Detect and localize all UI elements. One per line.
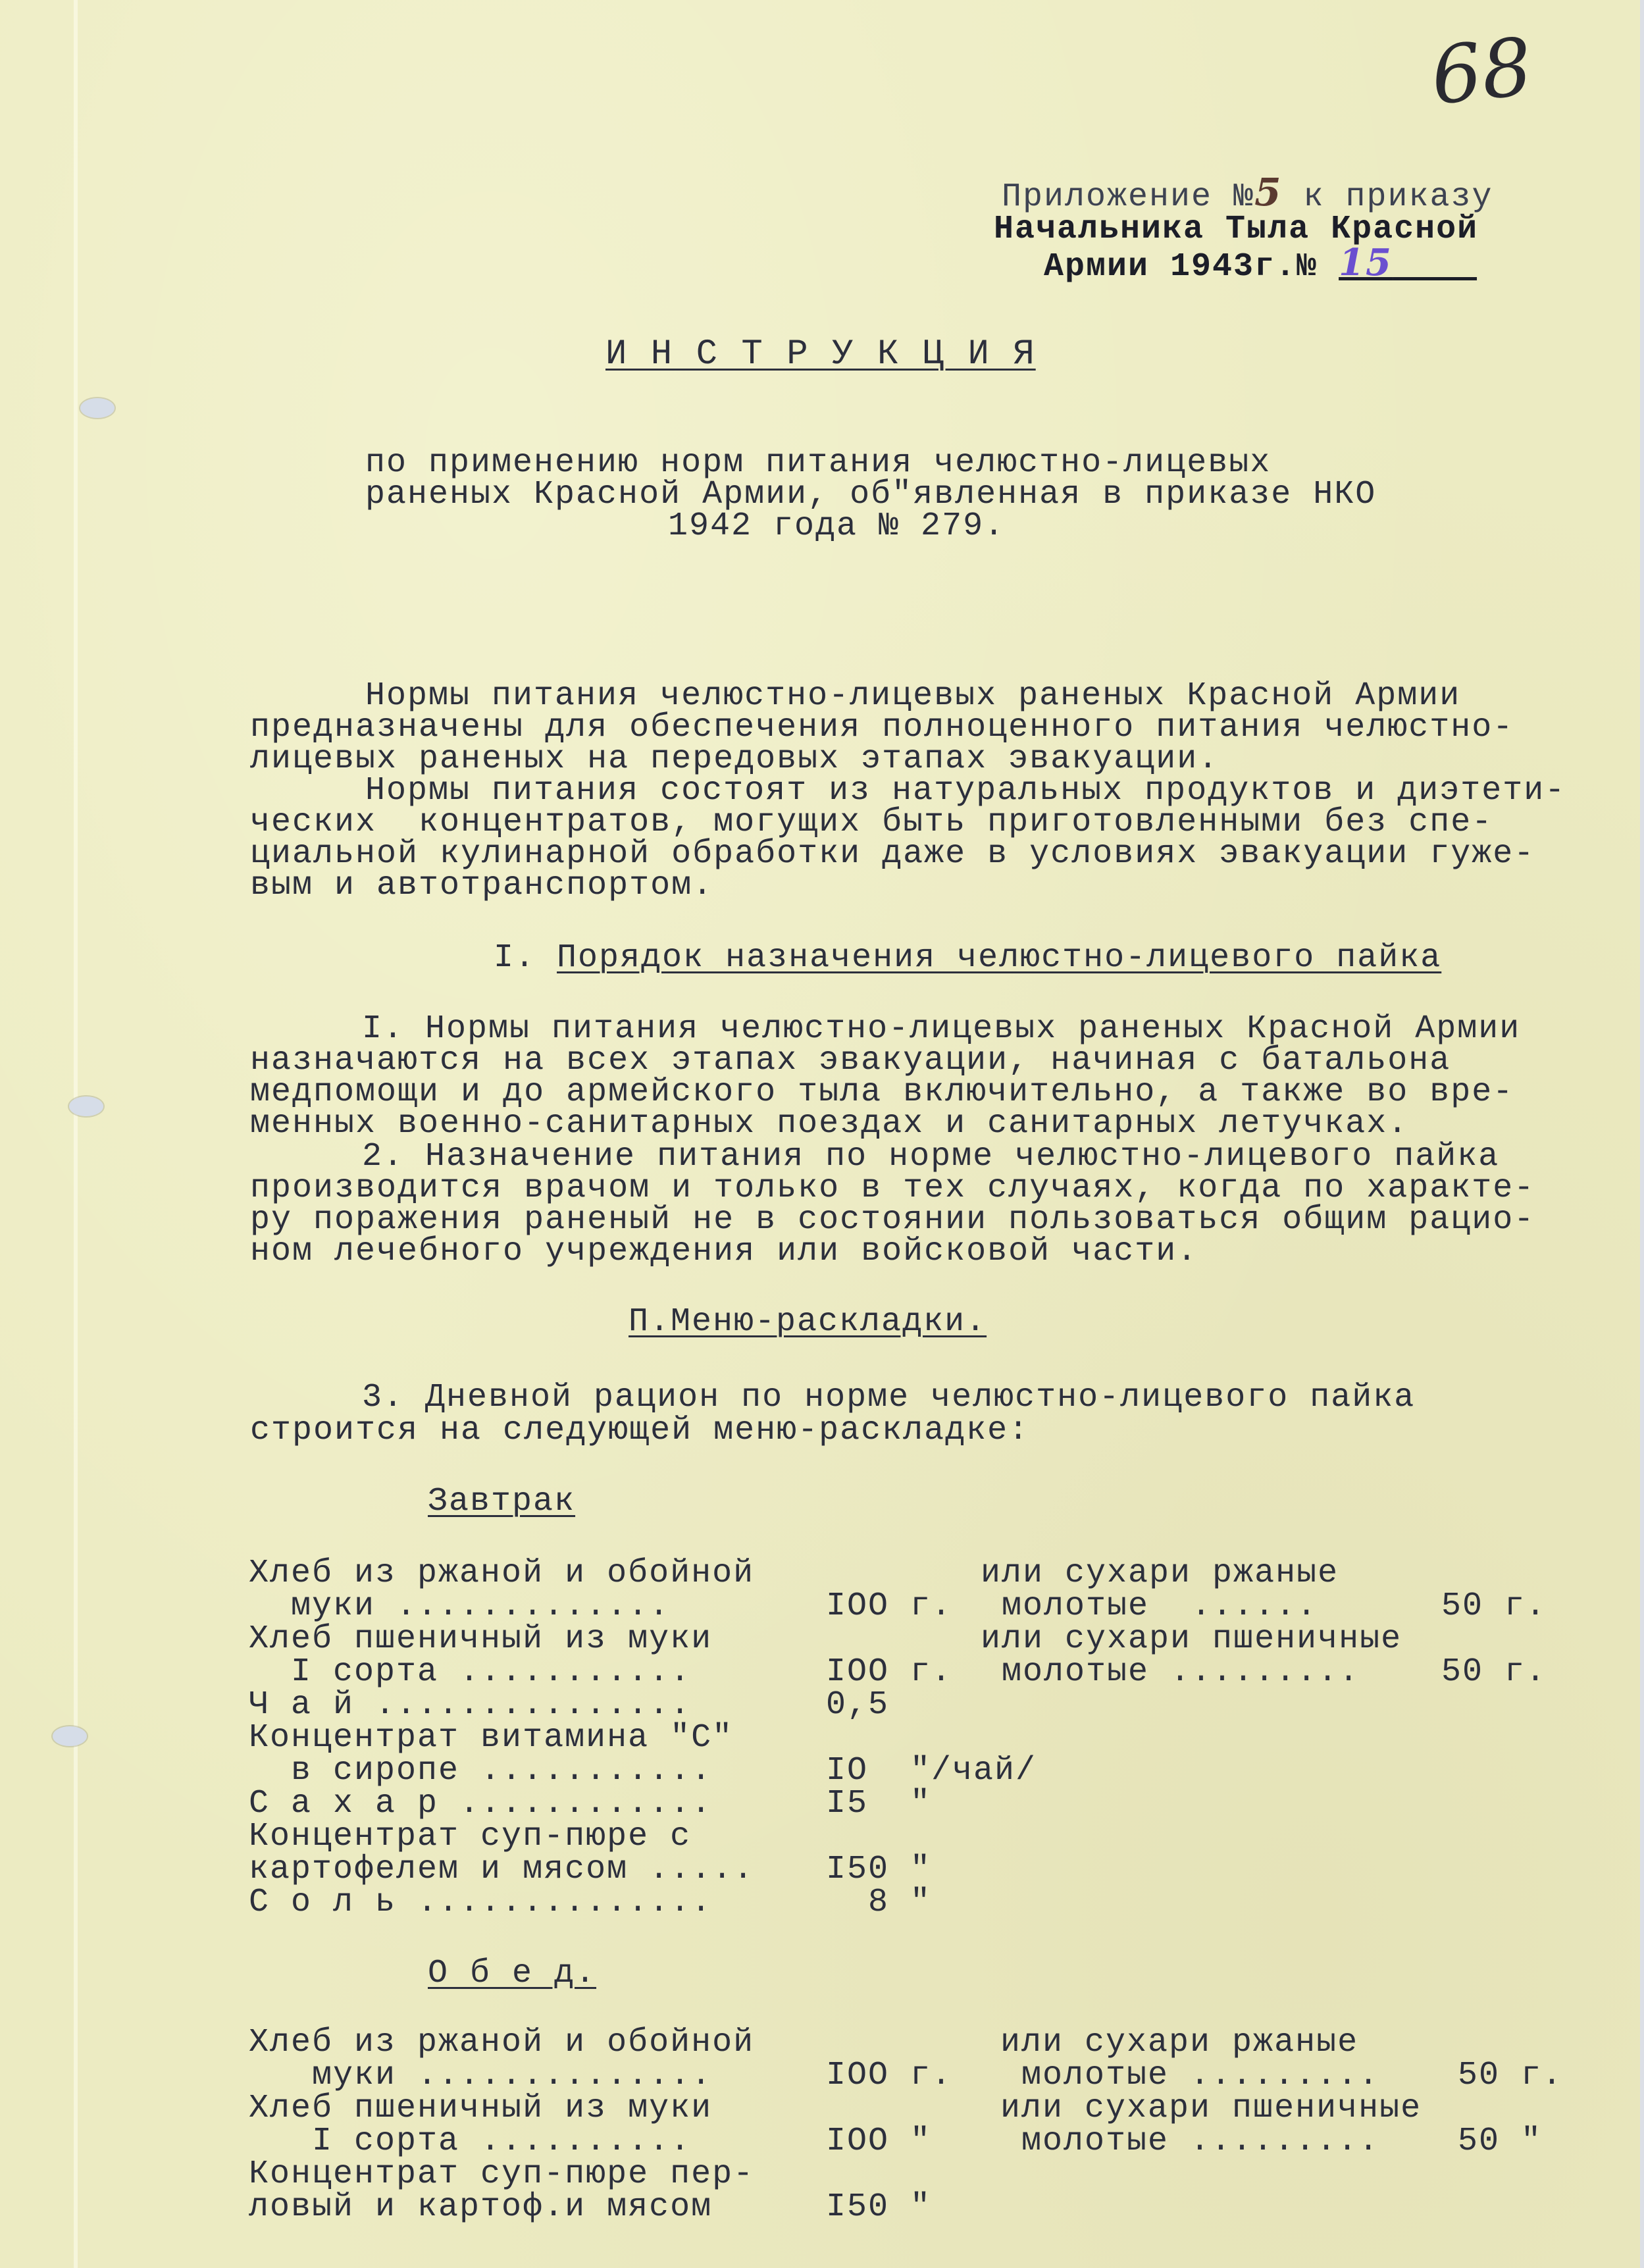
menu-item-quantity: IOO г. [826,1587,952,1625]
subtitle-line-1: по применению норм питания челюстно-лице… [365,448,1271,479]
paper-fold [74,0,78,2268]
menu-item-name: I сорта ........... [249,1653,691,1691]
menu-item-name: муки ............. [249,1587,670,1625]
breakfast-heading: Завтрак [428,1486,575,1518]
paragraph-line: ном лечебного учреждения или войсковой ч… [250,1236,1198,1268]
intro-line: ческих концентратов, могущих быть пригот… [250,807,1493,838]
menu-item-name: С о л ь .............. [249,1884,712,1921]
intro-line: предназначены для обеспечения полноценно… [250,712,1514,744]
menu-item-quantity: I5 " [826,1785,931,1822]
menu-item-alternative: или сухари пшеничные [1000,2090,1422,2127]
menu-item-alternative-quantity: 50 " [1458,2123,1542,2160]
menu-item-quantity: IOO г. [826,1653,952,1691]
menu-item-quantity: IOO " [826,2123,931,2160]
menu-item-name: ловый и картоф.и мясом [249,2188,712,2226]
menu-item-name: Ч а й ............... [249,1686,691,1724]
menu-item-alternative-quantity: 50 г. [1441,1587,1547,1625]
section-1-number: I. [494,939,536,977]
section-1-heading: I. Порядок назначения челюстно-лицевого … [494,942,1441,974]
intro-line: лицевых раненых на передовых этапах эвак… [250,744,1219,775]
menu-item-name: муки .............. [249,2057,712,2094]
menu-item-name: I сорта .......... [249,2123,691,2160]
punch-hole-icon [80,398,115,418]
paragraph-line: 2. Назначение питания по норме челюстно-… [362,1141,1499,1173]
menu-item-quantity: I50 " [826,1851,931,1888]
menu-item-name: Концентрат витамина "С" [249,1719,733,1757]
punch-hole-icon [69,1096,103,1116]
document-title: И Н С Т Р У К Ц И Я [605,339,1036,371]
menu-item-alternative: молотые ...... [981,1587,1318,1625]
menu-item-quantity: IO "/чай/ [826,1752,1037,1790]
menu-item-name: Концентрат суп-пюре пер- [249,2155,754,2193]
menu-item-name: Концентрат суп-пюре с [249,1818,691,1855]
paragraph-line: ру поражения раненый не в состоянии поль… [250,1204,1535,1236]
menu-item-alternative-quantity: 50 г. [1458,2057,1563,2094]
paragraph-line: медпомощи и до армейского тыла включител… [250,1077,1514,1108]
menu-item-name: Хлеб из ржаной и обойной [249,2024,754,2061]
menu-item-alternative: или сухари ржаные [1000,2024,1358,2061]
menu-item-name: картофелем и мясом ..... [249,1851,754,1888]
menu-item-quantity: 8 " [826,1884,931,1921]
menu-item-alternative: или сухари пшеничные [981,1620,1402,1658]
menu-item-alternative: молотые ......... [981,1653,1360,1691]
header-line-3: Армии 1943г.№ 15 [1044,247,1477,283]
menu-item-name: Хлеб пшеничный из муки [249,1620,712,1658]
subtitle-line-3: 1942 года № 279. [668,511,1005,542]
paragraph-line: I. Нормы питания челюстно-лицевых ранены… [362,1014,1520,1045]
menu-item-alternative: молотые ......... [1000,2057,1379,2094]
intro-line: Нормы питания состоят из натуральных про… [365,775,1566,807]
paragraph-line: строится на следующей меню-раскладке: [250,1415,1029,1447]
intro-line: вым и автотранспортом. [250,870,713,902]
punch-hole-icon [53,1726,87,1746]
intro-line: циальной кулинарной обработки даже в усл… [250,838,1535,870]
handwritten-order-number: 15 [1339,241,1393,284]
menu-item-alternative: или сухари ржаные [981,1555,1339,1592]
menu-item-name: Хлеб пшеничный из муки [249,2090,712,2127]
subtitle-line-2: раненых Красной Армии, об"явленная в при… [365,479,1376,511]
lunch-heading: О б е д. [428,1958,596,1990]
section-1-title: Порядок назначения челюстно-лицевого пай… [557,939,1441,977]
header-line-2: Начальника Тыла Красной [994,214,1478,245]
menu-item-name: С а х а р ............ [249,1785,712,1822]
paragraph-line: производится врачом и только в тех случа… [250,1173,1535,1204]
menu-item-name: в сиропе ........... [249,1752,712,1790]
header-line-1: Приложение №5 к приказу [1002,176,1493,213]
paragraph-line: 3. Дневной рацион по норме челюстно-лице… [362,1382,1415,1414]
menu-item-alternative: молотые ......... [1000,2123,1379,2160]
menu-item-quantity: 0,5 [826,1686,889,1724]
header-order-prefix: Армии 1943г.№ [1044,248,1318,286]
document-page: 68 Приложение №5 к приказу Начальника Ты… [0,0,1640,2268]
section-2-heading: П.Меню-раскладки. [629,1306,987,1338]
paragraph-line: менных военно-санитарных поездах и санит… [250,1108,1408,1140]
sheet-number: 68 [1427,21,1536,122]
menu-item-name: Хлеб из ржаной и обойной [249,1555,754,1592]
menu-item-alternative-quantity: 50 г. [1441,1653,1547,1691]
handwritten-appendix-number: 5 [1254,170,1282,215]
menu-item-quantity: IOO г. [826,2057,952,2094]
intro-line: Нормы питания челюстно-лицевых раненых К… [365,681,1460,712]
menu-item-quantity: I50 " [826,2188,931,2226]
paragraph-line: назначаются на всех этапах эвакуации, на… [250,1045,1451,1077]
